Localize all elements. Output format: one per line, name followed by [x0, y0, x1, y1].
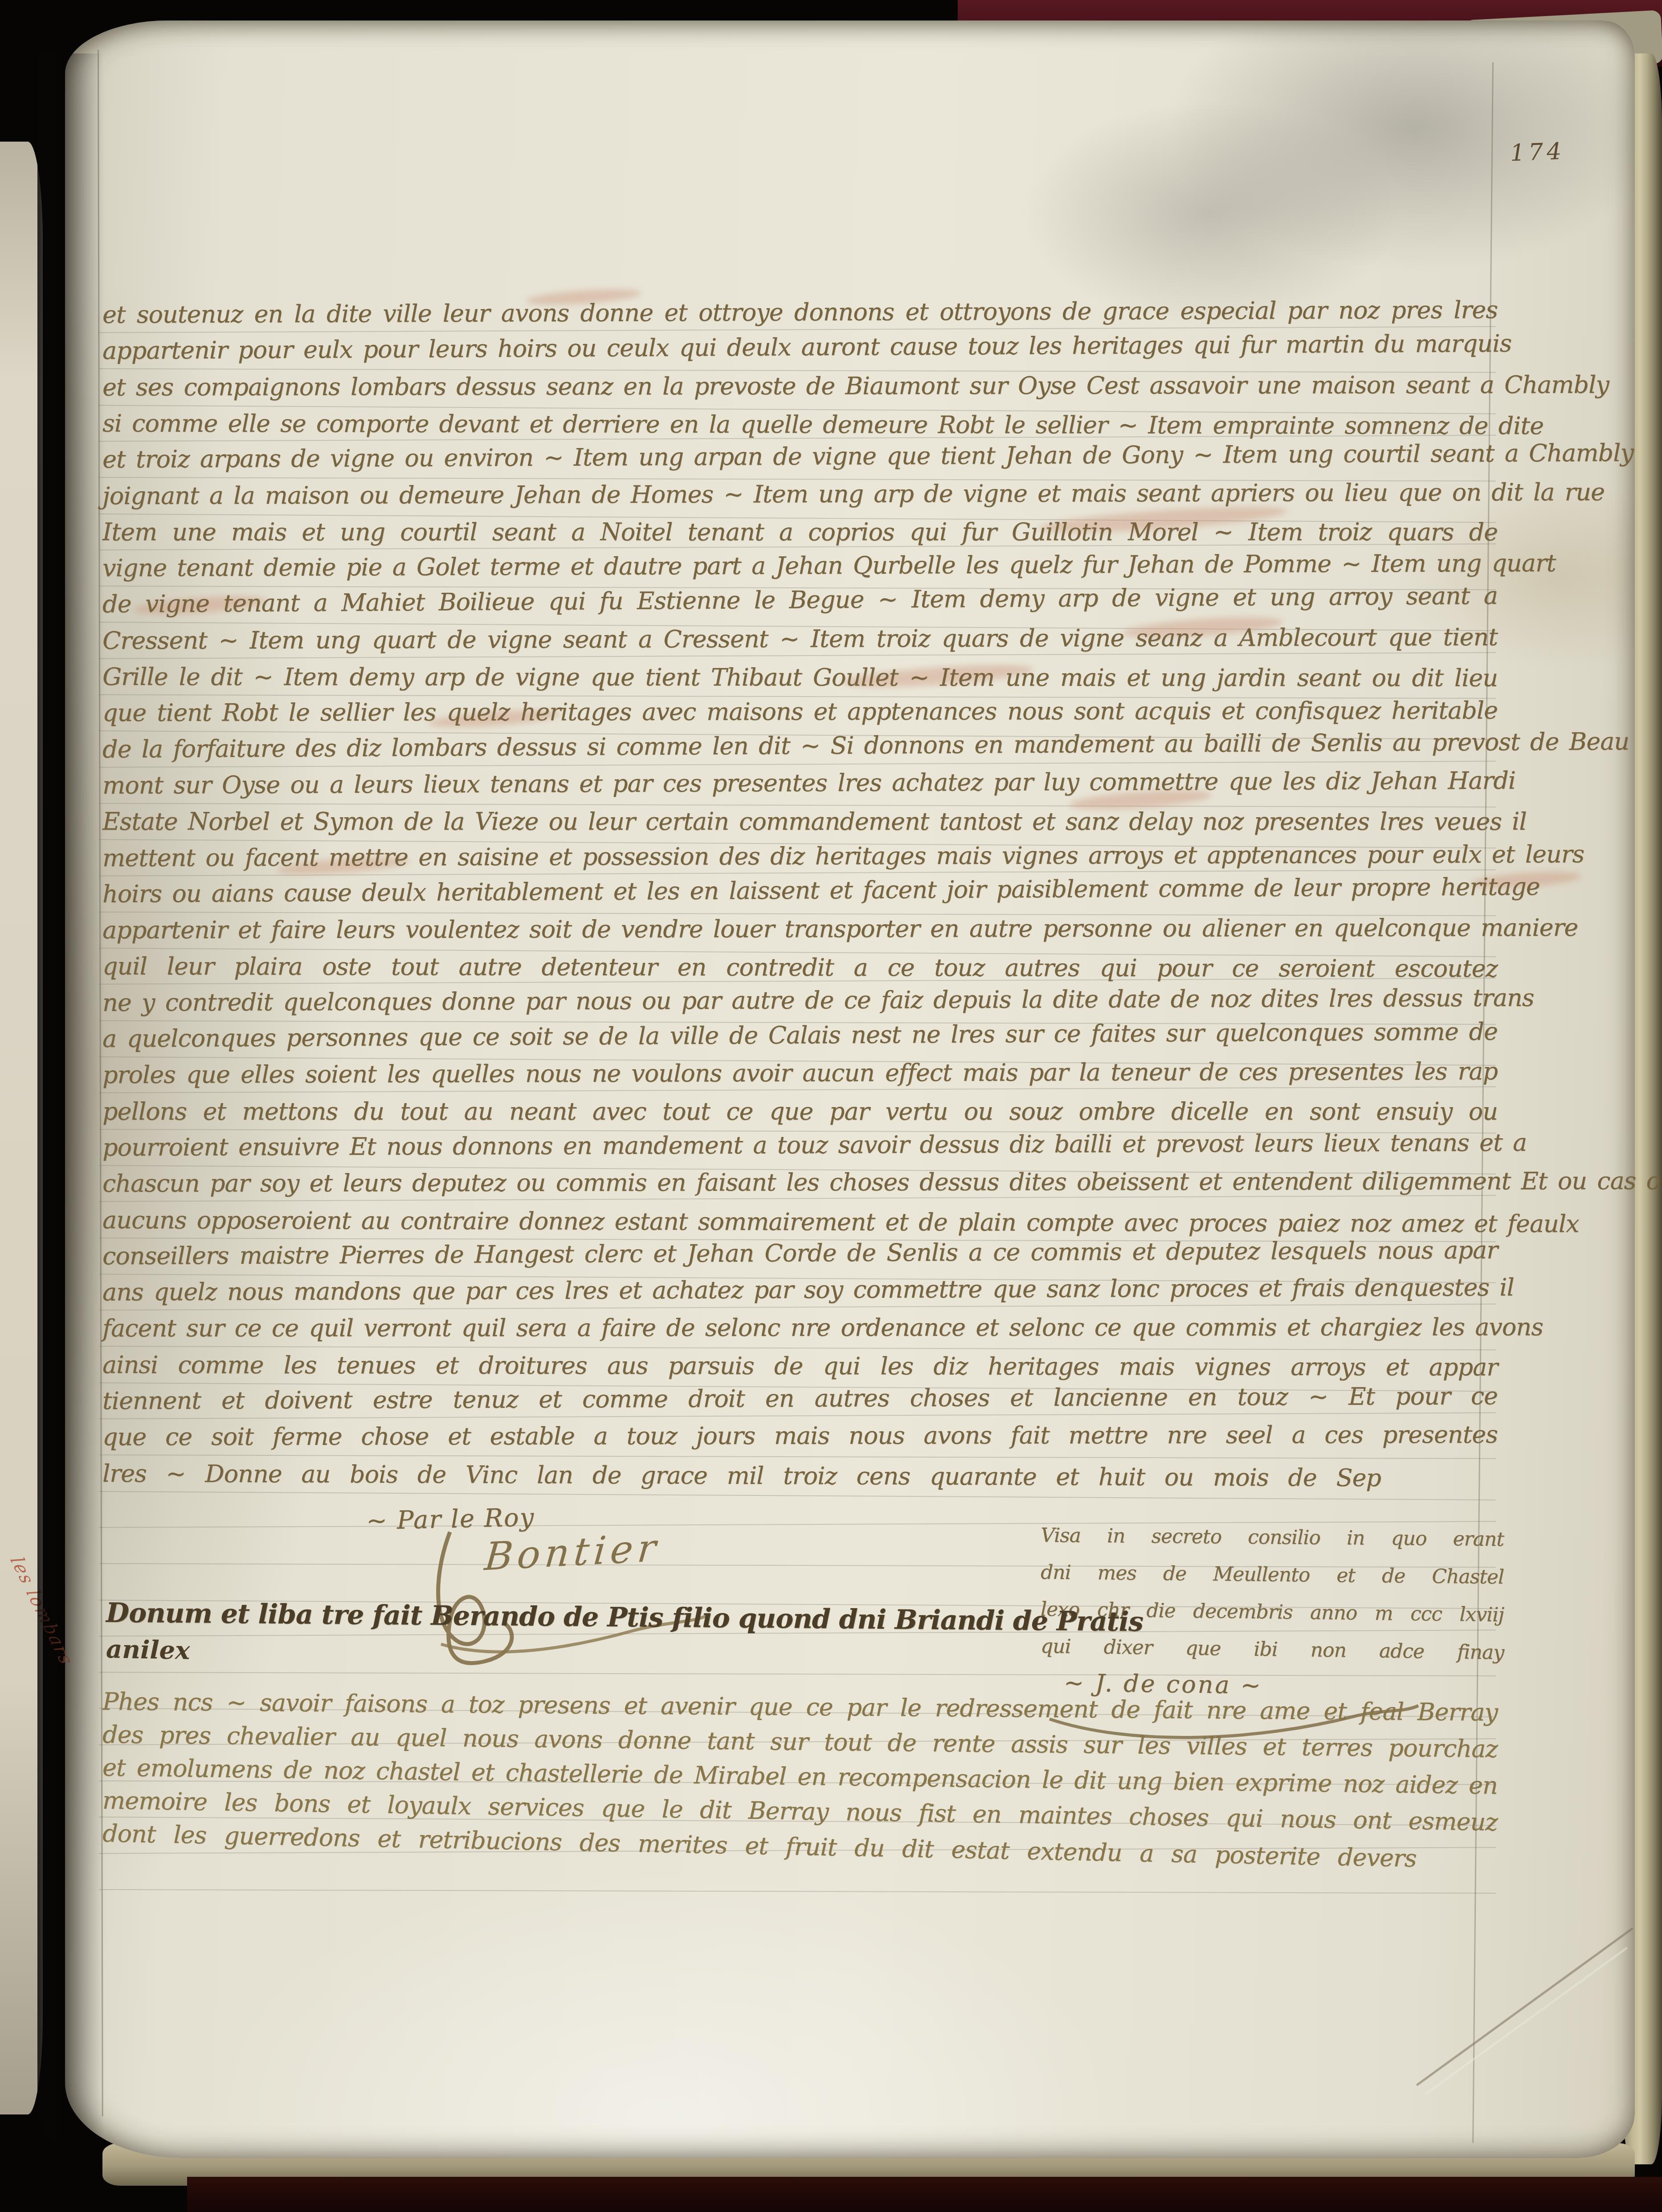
charter-text-line: appartenir et faire leurs voulentez soit… [102, 911, 1498, 949]
gutter-shadow [37, 53, 104, 2155]
charter-text-line: Grille le dit ~ Item demy arp de vigne q… [102, 660, 1498, 697]
council-note-line: dni mes de Meullento et de Chastel [1041, 1558, 1504, 1594]
charter-text-line: de la forfaiture des diz lombars dessus … [102, 725, 1498, 768]
charter-text-line: Estate Norbel et Symon de la Vieze ou le… [102, 804, 1498, 841]
council-note-line: Visa in secreto consilio in quo erant [1041, 1521, 1504, 1556]
charter-text-line: a quelconques personnes que ce soit se d… [102, 1014, 1498, 1058]
charter-text-line: chascun par soy et leurs deputez ou comm… [102, 1164, 1498, 1203]
charter-text-line: pourroient ensuivre Et nous donnons en m… [102, 1125, 1498, 1167]
charter-text-line: et ses compaignons lombars dessus seanz … [102, 367, 1498, 406]
charter-text-line: lres ~ Donne au bois de Vinc lan de grac… [102, 1456, 1381, 1497]
charter-text-line: pellons et mettons du tout au neant avec… [102, 1094, 1498, 1131]
charter-text-line: Cressent ~ Item ung quart de vigne seant… [102, 619, 1498, 660]
charter-text-line: et troiz arpans de vigne ou environ ~ It… [102, 436, 1498, 479]
facing-page-edge [0, 142, 43, 2114]
charter-text-line: appartenir pour eulx pour leurs hoirs ou… [102, 326, 1498, 370]
charter-text-line: conseillers maistre Pierres de Hangest c… [102, 1233, 1498, 1275]
charter-text-line: tiennent et doivent estre tenuz et comme… [102, 1379, 1498, 1420]
charter-text-line: facent sur ce ce quil verront quil sera … [102, 1310, 1498, 1348]
charter-text-line: joignant a la maison ou demeure Jehan de… [102, 475, 1498, 515]
charter-text-line: ans quelz nous mandons que par ces lres … [102, 1270, 1498, 1312]
rubric-heading-continued: anilex [106, 1634, 190, 1665]
council-note-line: qui dixer que ibi non adce finay [1041, 1632, 1504, 1670]
charter-text-line: que ce soit ferme chose et estable a tou… [102, 1418, 1498, 1456]
charter-text-line: mont sur Oyse ou a leurs lieux tenans et… [102, 763, 1498, 805]
manuscript-photo: 174 et soutenuz en la dite ville leur av… [0, 0, 1662, 2212]
charter-text-line: proles que elles soient les quelles nous… [102, 1054, 1498, 1094]
charter-text-line: hoirs ou aians cause deulx heritablement… [102, 869, 1498, 913]
book-cover-bottom-edge [187, 2177, 1662, 2212]
charter-text-line: Item une mais et ung courtil seant a Noi… [102, 515, 1498, 551]
folio-number: 174 [1510, 138, 1565, 167]
